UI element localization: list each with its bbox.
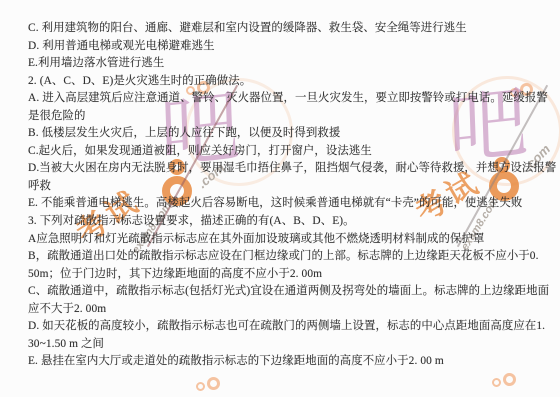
watermark-bubble-small-icon	[492, 378, 501, 387]
text-line: 是很危险的	[28, 108, 548, 126]
text-line: C、疏散通道中，疏散指示标志(包括灯光式)宜设在通道两侧及拐弯处的墙面上。标志牌…	[28, 283, 548, 301]
watermark-bubble-large-icon	[207, 377, 220, 390]
watermark-bubble-small-icon	[196, 382, 205, 391]
text-line: B，疏散通道出口处的疏散指示标志应设在门框边缘或门的上部。标志牌的上边缘距天花板…	[28, 248, 548, 266]
text-line: D.当被大火困在房内无法脱身时，要用湿毛巾捂住鼻子，阻挡烟气侵袭，耐心等待救援，…	[28, 160, 548, 178]
document-text-block: C. 利用建筑物的阳台、通廊、避难层和室内设置的缓降器、救生袋、安全绳等进行逃生…	[28, 20, 548, 371]
text-line: E.利用墙边落水管进行逃生	[28, 55, 548, 73]
text-line: C. 利用建筑物的阳台、通廊、避难层和室内设置的缓降器、救生袋、安全绳等进行逃生	[28, 20, 548, 38]
text-line: D. 如天花板的高度较小，疏散指示标志也可在疏散门的两侧墙上设置，标志的中心点距…	[28, 318, 548, 336]
watermark-bubble-large-icon	[503, 373, 516, 386]
text-line: C.起火后，如果发现通道被阻，则应关好房门，打开窗户，设法逃生	[28, 143, 548, 161]
text-line: D. 利用普通电梯或观光电梯避难逃生	[28, 38, 548, 56]
text-line: 30~1.50 m 之间	[28, 336, 548, 354]
text-line: E. 不能乘普通电梯逃生。高楼起火后容易断电，这时候乘普通电梯就有“卡壳”的可能…	[28, 195, 548, 213]
text-line: 2. (A、C、D、E)是火灾逃生时的正确做法。	[28, 73, 548, 91]
text-line: 呼救	[28, 178, 548, 196]
scanned-exam-page: 吧 考试 .com exam8.com 吧 考试 .com exam8.com …	[0, 0, 560, 397]
text-line: 50m；位于门边时，其下边缘距地面的高度不应小于2. 00m	[28, 266, 548, 284]
text-line: A应急照明灯和灯光疏散指示标志应在其外面加设玻璃或其他不燃烧透明材料制成的保护罩	[28, 231, 548, 249]
text-line: B. 低楼层发生火灾后，上层的人应往下跑，以便及时得到救援	[28, 125, 548, 143]
text-line: 3. 下列对疏散指示标志设置要求，描述正确的有(A、B、D、E)。	[28, 213, 548, 231]
text-line: E. 悬挂在室内大厅或走道处的疏散指示标志的下边缘距地面的高度不应小于2. 00…	[28, 353, 548, 371]
text-line: 应不大于2. 00m	[28, 301, 548, 319]
text-line: A. 进入高层建筑后应注意通道、警铃、灭火器位置，一旦火灾发生，要立即按警铃或打…	[28, 90, 548, 108]
